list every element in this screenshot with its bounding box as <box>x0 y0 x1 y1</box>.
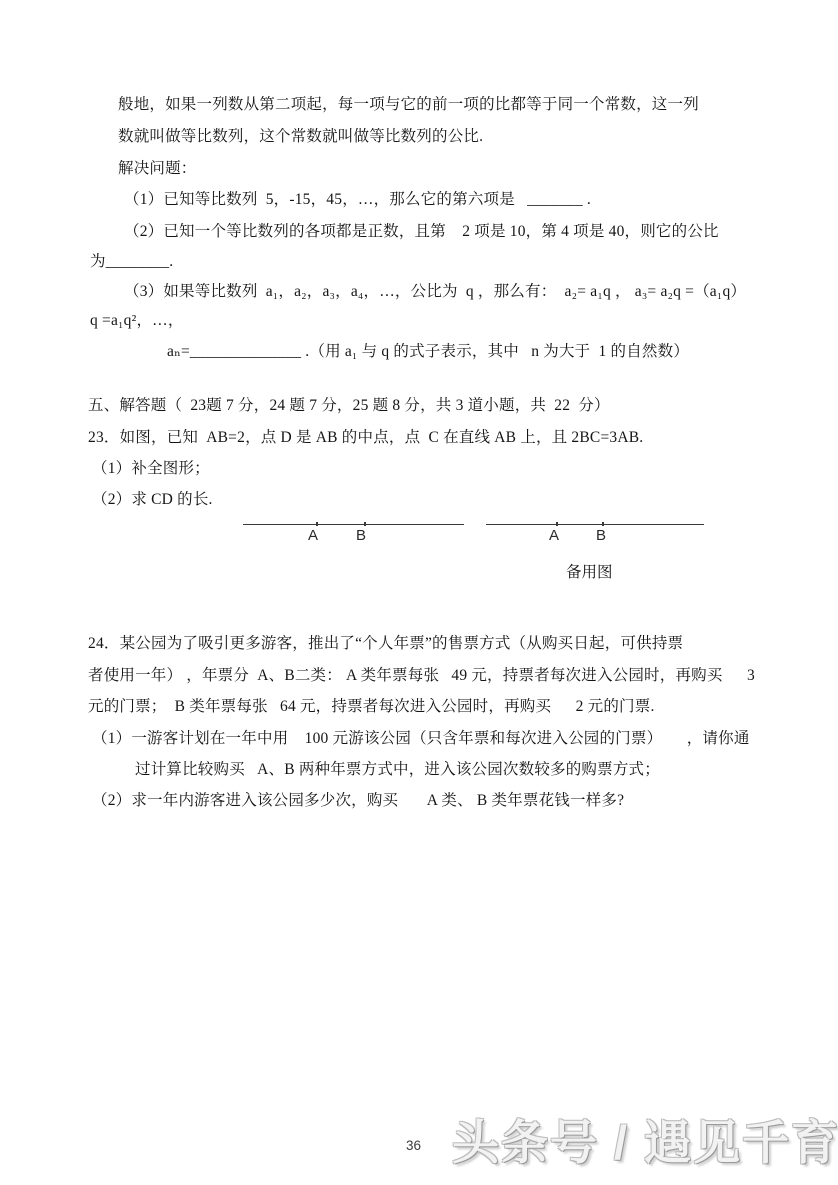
page-number: 36 <box>406 1138 421 1153</box>
question-3-line-2: q =a₁q²，…， <box>90 312 184 329</box>
watermark-text: 头条号 / 遇见千育 <box>452 1106 838 1173</box>
problem-24-part-2: （2）求一年内游客进入该公园多少次，购买 A 类、 B 类年票花钱一样多? <box>92 792 624 809</box>
point-b-tick <box>364 522 366 526</box>
problem-24-part-1-line-2: 过计算比较购买 A、B 两种年票方式中，进入该公园次数较多的购票方式； <box>135 761 660 778</box>
spare-figure-caption: 备用图 <box>566 560 613 582</box>
point-a-label: A <box>308 527 318 544</box>
point-a-label: A <box>549 527 559 544</box>
point-b-tick <box>602 522 604 526</box>
question-2-line-1: （2）已知一个等比数列的各项都是正数，且第 2 项是 10，第 4 项是 40，… <box>124 223 719 240</box>
solve-problems-label: 解决问题： <box>118 160 197 177</box>
question-2-line-2: 为________. <box>90 253 173 270</box>
figure-spare-line <box>486 524 704 525</box>
problem-23-stem: 23．如图，已知 AB=2，点 D 是 AB 的中点，点 C 在直线 AB 上，… <box>88 429 643 446</box>
document-page: 般地，如果一列数从第二项起，每一项与它的前一项的比都等于同一个常数，这一列 数就… <box>0 0 838 1185</box>
question-1-line: （1）已知等比数列 5，-15，45，…，那么它的第六项是 _______ . <box>124 191 591 208</box>
problem-23-part-2: （2）求 CD 的长. <box>92 491 213 508</box>
question-3-line-1: （3）如果等比数列 a₁，a₂，a₃，a₄，…，公比为 q ，那么有： a₂= … <box>124 283 746 300</box>
intro-line-1: 般地，如果一列数从第二项起，每一项与它的前一项的比都等于同一个常数，这一列 <box>118 96 699 113</box>
point-b-label: B <box>596 527 606 544</box>
problem-24-part-1-line-1: （1）一游客计划在一年中用 100 元游该公园（只含年票和每次进入公园的门票） … <box>92 730 750 747</box>
section-five-heading: 五、解答题（ 23题 7 分，24 题 7 分，25 题 8 分，共 3 道小题… <box>88 397 610 414</box>
point-a-tick <box>316 522 318 526</box>
point-a-tick <box>556 522 558 526</box>
figure-main-line <box>243 524 464 525</box>
problem-24-stem-1: 24．某公园为了吸引更多游客，推出了“个人年票”的售票方式（从购买日起，可供持票 <box>88 635 683 652</box>
problem-24-stem-3: 元的门票； B 类年票每张 64 元，持票者每次进入公园时，再购买 2 元的门票… <box>88 698 655 715</box>
question-3-line-3: aₙ=______________ .（用 a₁ 与 q 的式子表示，其中 n … <box>167 343 689 360</box>
point-b-label: B <box>356 527 366 544</box>
problem-23-part-1: （1）补全图形； <box>92 460 210 477</box>
problem-24-stem-2: 者使用一年） ，年票分 A、B二类： A 类年票每张 49 元，持票者每次进入公… <box>88 667 755 684</box>
intro-line-2: 数就叫做等比数列，这个常数就叫做等比数列的公比. <box>118 128 483 145</box>
